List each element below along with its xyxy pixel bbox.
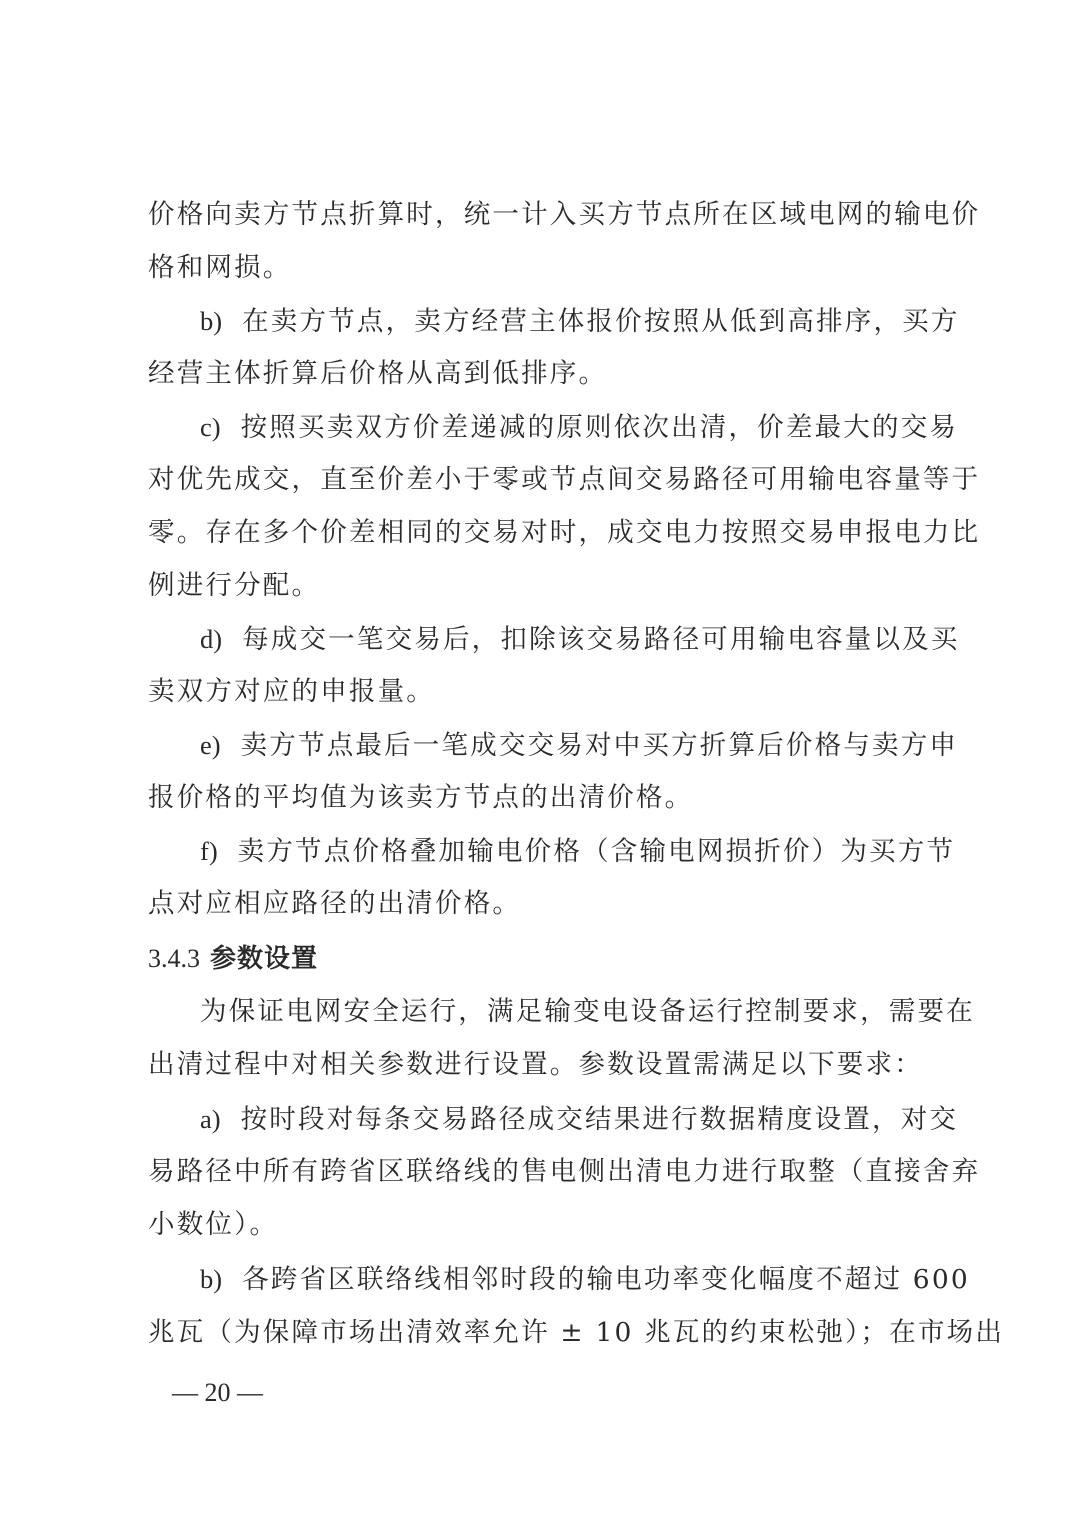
section-heading: 3.4.3参数设置: [148, 944, 318, 974]
list-item-b2: b)各跨省区联络线相邻时段的输电功率变化幅度不超过 600: [200, 1264, 932, 1294]
paragraph-line: 卖双方对应的申报量。: [148, 677, 932, 707]
paragraph-line: 对优先成交，直至价差小于零或节点间交易路径可用输电容量等于: [148, 465, 932, 495]
list-marker: e): [200, 730, 221, 760]
paragraph-line: 格和网损。: [148, 253, 932, 283]
list-item-e: e)卖方节点最后一笔成交交易对中买方折算后价格与卖方申: [200, 730, 932, 760]
paragraph-line: 兆瓦（为保障市场出清效率允许 ± 10 兆瓦的约束松弛）；在市场出: [148, 1318, 932, 1348]
paragraph-line: 点对应相应路径的出清价格。: [148, 889, 932, 919]
document-page: 价格向卖方节点折算时，统一计入买方节点所在区域电网的输电价 格和网损。 b)在卖…: [0, 0, 1080, 1527]
paragraph-line: 经营主体折算后价格从高到低排序。: [148, 359, 932, 389]
list-marker: c): [200, 412, 221, 442]
list-marker: f): [200, 836, 218, 866]
paragraph-line: 价格向卖方节点折算时，统一计入买方节点所在区域电网的输电价: [148, 200, 932, 230]
paragraph-line: 易路径中所有跨省区联络线的售电侧出清电力进行取整（直接舍弃: [148, 1157, 932, 1187]
paragraph-line: 报价格的平均值为该卖方节点的出清价格。: [148, 783, 932, 813]
paragraph-line: 小数位）。: [148, 1210, 932, 1240]
list-marker: d): [200, 624, 222, 654]
list-item-f: f)卖方节点价格叠加输电价格（含输电网损折价）为买方节: [200, 836, 932, 866]
section-number: 3.4.3: [148, 944, 200, 973]
page-number: — 20 —: [172, 1378, 263, 1408]
paragraph-line: 出清过程中对相关参数进行设置。参数设置需满足以下要求：: [148, 1050, 932, 1080]
list-item-a: a)按时段对每条交易路径成交结果进行数据精度设置，对交: [200, 1104, 932, 1134]
list-marker: b): [200, 306, 222, 336]
list-item-c: c)按照买卖双方价差递减的原则依次出清，价差最大的交易: [200, 412, 932, 442]
section-title: 参数设置: [210, 944, 318, 974]
list-marker: b): [200, 1264, 222, 1294]
list-marker: a): [200, 1104, 221, 1134]
list-item-b: b)在卖方节点，卖方经营主体报价按照从低到高排序，买方: [200, 306, 932, 336]
list-item-d: d)每成交一笔交易后，扣除该交易路径可用输电容量以及买: [200, 624, 932, 654]
paragraph-line: 零。存在多个价差相同的交易对时，成交电力按照交易申报电力比: [148, 518, 932, 548]
paragraph-line: 例进行分配。: [148, 571, 932, 601]
paragraph-line: 为保证电网安全运行，满足输变电设备运行控制要求，需要在: [200, 997, 932, 1027]
